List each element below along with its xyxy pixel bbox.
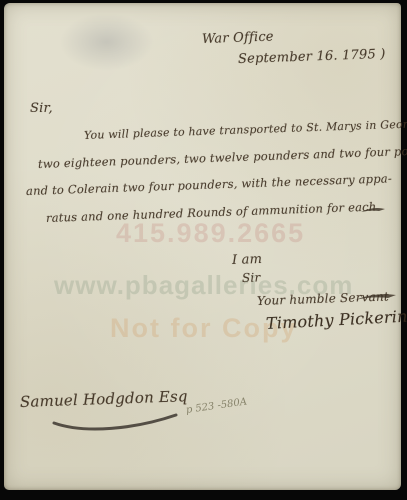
pencil-catalog-note: p 523 -580A <box>185 396 247 415</box>
dash-flourish-icon <box>360 205 386 215</box>
body-line-3: and to Colerain two four pounders, with … <box>26 171 392 198</box>
salutation: Sir, <box>30 101 53 116</box>
addressee-name: Samuel Hodgdon Esq <box>20 387 188 411</box>
letter-dateline: September 16. 1795 ) <box>238 47 386 67</box>
addressee-underline-flourish-icon <box>50 409 182 435</box>
signature-timothy-pickering: Timothy Pickering <box>266 306 407 333</box>
photo-background: 415.989.2665 www.pbagalleries.com Not fo… <box>0 0 407 500</box>
body-line-2: two eighteen pounders, two twelve pounde… <box>38 143 407 171</box>
letterhead-office: War Office <box>202 30 274 47</box>
paraph-flourish-icon <box>354 291 398 303</box>
closing-sir: Sir <box>242 270 261 285</box>
letter-paper: 415.989.2665 www.pbagalleries.com Not fo… <box>4 3 401 490</box>
watermark-phone: 415.989.2665 <box>116 218 305 249</box>
ink-bleed-stain <box>59 13 154 71</box>
closing-i-am: I am <box>232 252 263 268</box>
body-line-1: You will please to have transported to S… <box>84 117 407 142</box>
